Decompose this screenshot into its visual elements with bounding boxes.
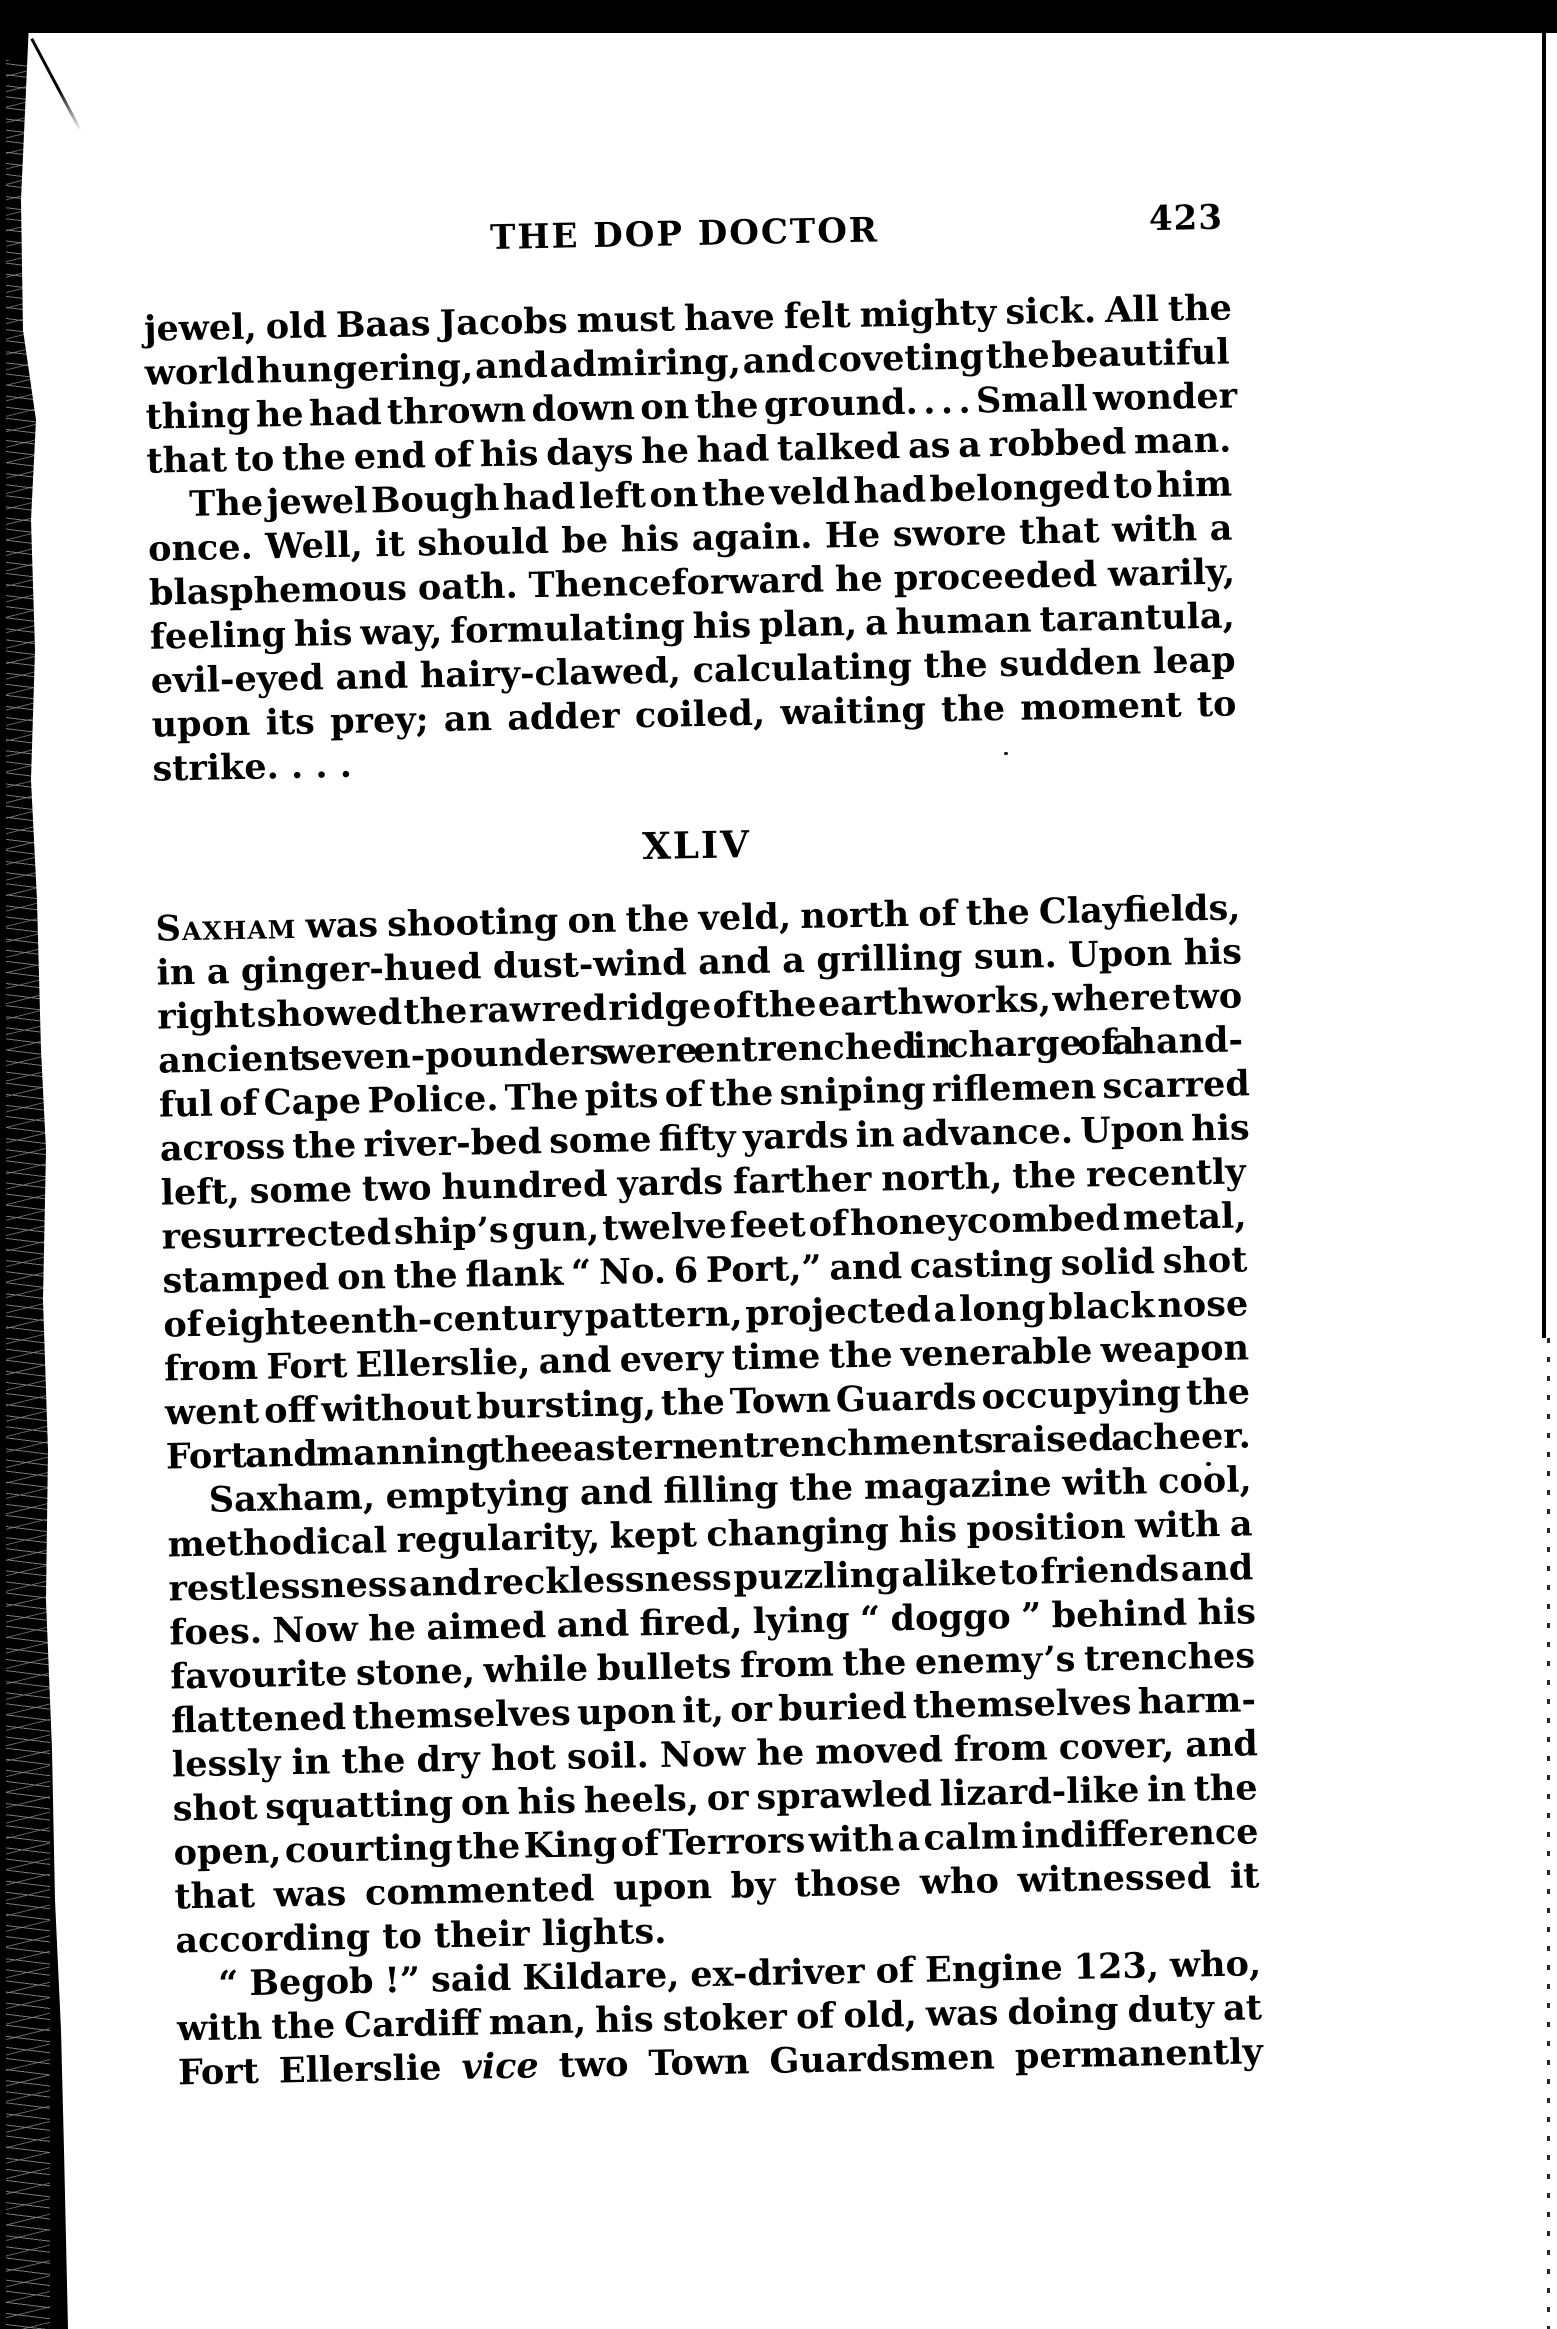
scanned-book-page: THE DOP DOCTOR 423 jewel, old Baas Jacob… xyxy=(0,0,1557,2329)
paragraph: “ Begob !” said Kildare, ex-driver of En… xyxy=(176,1942,1263,2095)
page-content: THE DOP DOCTOR 423 jewel, old Baas Jacob… xyxy=(142,202,1263,2096)
scan-edge-top xyxy=(0,0,1557,33)
book-title: THE DOP DOCTOR xyxy=(142,202,1228,267)
paragraph: Saxham was shooting on the veld, north o… xyxy=(155,886,1251,1479)
paragraph: jewel, old Baas Jacobs must have felt mi… xyxy=(143,287,1231,484)
page-number: 423 xyxy=(1149,196,1224,241)
chapter-heading: XLIV xyxy=(154,812,1240,877)
running-head: THE DOP DOCTOR 423 xyxy=(142,202,1228,267)
paragraph: The jewel Bough had left on the veld had… xyxy=(147,463,1238,792)
body-text: jewel, old Baas Jacobs must have felt mi… xyxy=(143,287,1263,2096)
scan-edge-right-line xyxy=(1542,28,1546,1338)
scan-edge-left-texture xyxy=(6,60,50,2329)
scan-edge-right-dots xyxy=(1547,1338,1550,2329)
paragraph: Saxham, emptying and filling the magazin… xyxy=(166,1458,1260,1963)
